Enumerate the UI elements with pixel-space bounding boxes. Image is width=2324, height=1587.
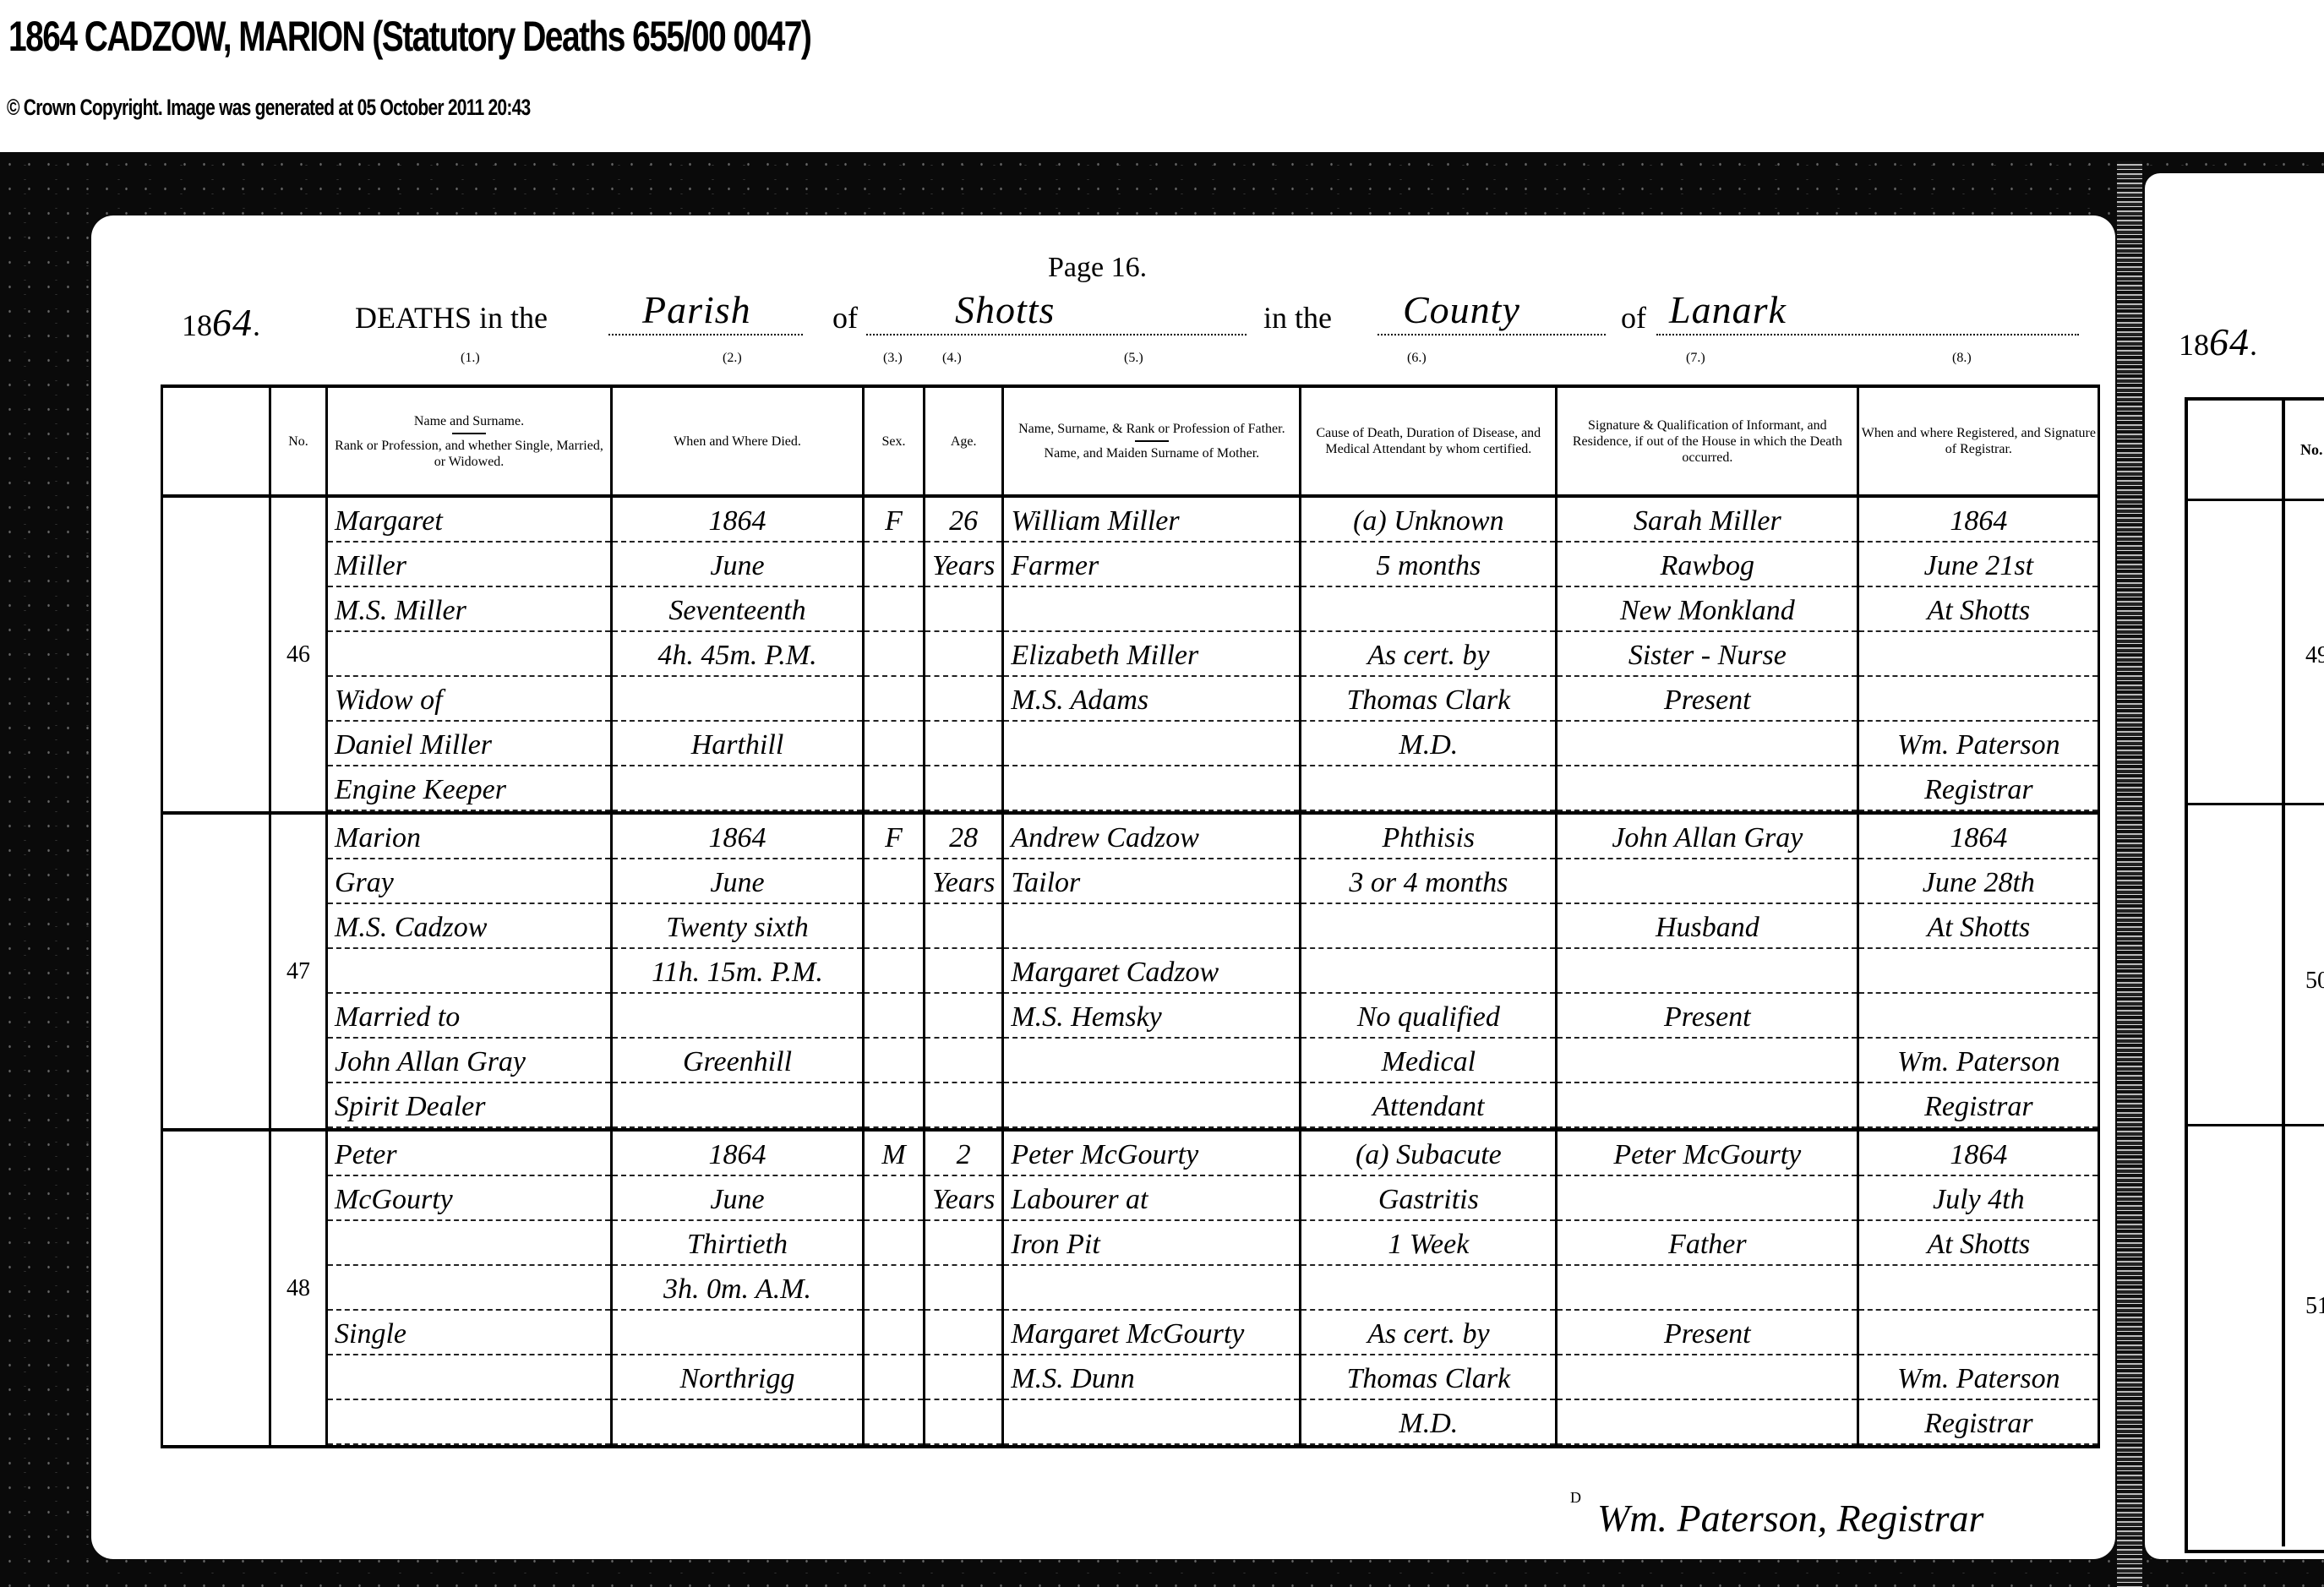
handwritten-line (925, 1221, 1001, 1266)
handwritten-line (925, 677, 1001, 722)
county-name-underline (1656, 334, 2079, 335)
handwritten-line: 1864 (613, 498, 862, 543)
age-cell-lines: 28Years (925, 815, 1001, 1128)
adjacent-row-rule (2185, 1124, 2324, 1126)
death-register-table: No. Name and Surname. Rank or Profession… (161, 384, 2100, 1448)
handwritten-line: New Monkland (1558, 587, 1857, 632)
handwritten-line (328, 632, 610, 677)
register-year: 1864. (182, 300, 260, 345)
header-sex-label: Sex. (882, 434, 906, 449)
handwritten-line (1558, 1355, 1857, 1400)
handwritten-line: Single (328, 1311, 610, 1355)
header-age-label: Age. (951, 434, 977, 449)
header-divider (1135, 440, 1169, 442)
handwritten-line: July 4th (1859, 1176, 2098, 1221)
handwritten-line (1301, 766, 1555, 811)
adjacent-entry-number: 51 (2305, 1293, 2324, 1320)
handwritten-line: M.S. Cadzow (328, 904, 610, 949)
handwritten-line: At Shotts (1859, 587, 2098, 632)
handwritten-line: M.D. (1301, 1400, 1555, 1445)
handwritten-line: Harthill (613, 722, 862, 766)
informant-cell: Sarah MillerRawbogNew MonklandSister - N… (1557, 496, 1858, 813)
handwritten-line: As cert. by (1301, 1311, 1555, 1355)
handwritten-line: M.D. (1301, 722, 1555, 766)
table-row: 47MarionGrayM.S. CadzowMarried toJohn Al… (162, 813, 2099, 1130)
header-cause: Cause of Death, Duration of Disease, and… (1301, 386, 1557, 496)
handwritten-line (1301, 949, 1555, 994)
handwritten-line: (a) Unknown (1301, 498, 1555, 543)
sex-cell: F (864, 496, 925, 813)
handwritten-line (613, 1083, 862, 1128)
handwritten-line: Present (1558, 677, 1857, 722)
cause-cell-lines: (a) SubacuteGastritis1 WeekAs cert. byTh… (1301, 1132, 1555, 1445)
handwritten-line (1004, 722, 1299, 766)
handwritten-line: Marion (328, 815, 610, 859)
name-cell: MarionGrayM.S. CadzowMarried toJohn Alla… (327, 813, 612, 1130)
column-number-8: (8.) (1952, 351, 1972, 366)
margin-header (162, 386, 270, 496)
handwritten-line: Labourer at (1004, 1176, 1299, 1221)
handwritten-line (1004, 587, 1299, 632)
handwritten-line (1558, 1266, 1857, 1311)
district-name: Shotts (955, 287, 1055, 332)
handwritten-line: Phthisis (1301, 815, 1555, 859)
handwritten-line (1558, 949, 1857, 994)
handwritten-line: Margaret McGourty (1004, 1311, 1299, 1355)
record-title: 1864 CADZOW, MARION (Statutory Deaths 65… (8, 12, 810, 61)
handwritten-line (925, 587, 1001, 632)
district-name-underline (866, 334, 1247, 335)
handwritten-line: Years (925, 1176, 1001, 1221)
handwritten-line: M.S. Dunn (1004, 1355, 1299, 1400)
entry-number: 47 (270, 813, 327, 1130)
age-cell: 2Years (925, 1130, 1003, 1447)
copyright-notice: © Crown Copyright. Image was generated a… (7, 95, 530, 121)
when-where-cell-lines: 1864JuneThirtieth3h. 0m. A.M.Northrigg (613, 1132, 862, 1445)
handwritten-line (925, 1355, 1001, 1400)
handwritten-line: John Allan Gray (1558, 815, 1857, 859)
name-cell-lines: MargaretMillerM.S. MillerWidow ofDaniel … (328, 498, 610, 811)
handwritten-line: Sister - Nurse (1558, 632, 1857, 677)
district-type: Parish (642, 287, 751, 332)
handwritten-line: Peter McGourty (1558, 1132, 1857, 1176)
when-where-cell-lines: 1864JuneTwenty sixth11h. 15m. P.M.Greenh… (613, 815, 862, 1128)
handwritten-line (865, 1311, 923, 1355)
when-where-cell: 1864JuneSeventeenth4h. 45m. P.M.Harthill (612, 496, 864, 813)
handwritten-line (865, 1266, 923, 1311)
handwritten-line: 1864 (613, 815, 862, 859)
handwritten-line: At Shotts (1859, 904, 2098, 949)
handwritten-line: Attendant (1301, 1083, 1555, 1128)
parents-cell: William MillerFarmerElizabeth MillerM.S.… (1003, 496, 1301, 813)
of-label-2: of (1621, 300, 1646, 335)
header-sex: Sex. (864, 386, 925, 496)
adjacent-year-prefix: 18 (2179, 328, 2209, 362)
handwritten-line: Spirit Dealer (328, 1083, 610, 1128)
handwritten-line (613, 677, 862, 722)
deaths-in-the-label: DEATHS in the (355, 300, 548, 335)
handwritten-line: Registrar (1859, 766, 2098, 811)
registrar-signature: Wm. Paterson, Registrar (1597, 1496, 1983, 1541)
handwritten-line: Margaret Cadzow (1004, 949, 1299, 994)
cause-cell: (a) Unknown5 monthsAs cert. byThomas Cla… (1301, 496, 1557, 813)
district-type-underline (608, 334, 803, 335)
handwritten-line: John Allan Gray (328, 1039, 610, 1083)
handwritten-line: Husband (1558, 904, 1857, 949)
age-cell: 26Years (925, 496, 1003, 813)
handwritten-line: 1 Week (1301, 1221, 1555, 1266)
registered-cell: 1864July 4thAt ShottsWm. PatersonRegistr… (1858, 1130, 2099, 1447)
column-number-3: (3.) (883, 351, 903, 366)
handwritten-line: Twenty sixth (613, 904, 862, 949)
entry-number: 46 (270, 496, 327, 813)
page-number: Page 16. (1048, 252, 1147, 284)
handwritten-line: Andrew Cadzow (1004, 815, 1299, 859)
adjacent-row-rule (2185, 803, 2324, 805)
adjacent-year-handwritten: 64 (2209, 320, 2250, 363)
handwritten-line (865, 904, 923, 949)
handwritten-line: No qualified (1301, 994, 1555, 1039)
handwritten-line: Present (1558, 1311, 1857, 1355)
handwritten-line (865, 766, 923, 811)
cause-cell: (a) SubacuteGastritis1 WeekAs cert. byTh… (1301, 1130, 1557, 1447)
registered-cell-lines: 1864June 21stAt ShottsWm. PatersonRegist… (1859, 498, 2098, 811)
handwritten-line (1859, 1311, 2098, 1355)
handwritten-line: Thomas Clark (1301, 677, 1555, 722)
cause-cell-lines: Phthisis3 or 4 monthsNo qualifiedMedical… (1301, 815, 1555, 1128)
handwritten-line: Greenhill (613, 1039, 862, 1083)
footer-mark: D (1570, 1489, 1581, 1507)
handwritten-line (1004, 766, 1299, 811)
handwritten-line: Engine Keeper (328, 766, 610, 811)
cause-cell: Phthisis3 or 4 monthsNo qualifiedMedical… (1301, 813, 1557, 1130)
handwritten-line (613, 1311, 862, 1355)
handwritten-line (925, 1266, 1001, 1311)
header-name-top: Name and Surname. (414, 414, 524, 428)
handwritten-line: M.S. Hemsky (1004, 994, 1299, 1039)
handwritten-line: As cert. by (1301, 632, 1555, 677)
handwritten-line (925, 632, 1001, 677)
handwritten-line (865, 1083, 923, 1128)
header-registered: When and where Registered, and Signature… (1858, 386, 2099, 496)
handwritten-line: 1864 (613, 1132, 862, 1176)
header-registered-label: When and where Registered, and Signature… (1862, 426, 2096, 456)
county-type-underline (1377, 334, 1606, 335)
handwritten-line: Gastritis (1301, 1176, 1555, 1221)
parents-cell-lines: William MillerFarmerElizabeth MillerM.S.… (1004, 498, 1299, 811)
handwritten-line: June (613, 859, 862, 904)
entry-number: 48 (270, 1130, 327, 1447)
adjacent-entry-number: 49 (2305, 642, 2324, 669)
handwritten-line: M (865, 1132, 923, 1176)
informant-cell: Peter McGourtyFatherPresent (1557, 1130, 1858, 1447)
handwritten-line: Widow of (328, 677, 610, 722)
handwritten-line (865, 1400, 923, 1445)
handwritten-line (1558, 1400, 1857, 1445)
handwritten-line (865, 677, 923, 722)
handwritten-line: Sarah Miller (1558, 498, 1857, 543)
handwritten-line: Thirtieth (613, 1221, 862, 1266)
parents-cell-lines: Andrew CadzowTailorMargaret CadzowM.S. H… (1004, 815, 1299, 1128)
informant-cell-lines: Sarah MillerRawbogNew MonklandSister - N… (1558, 498, 1857, 811)
handwritten-line (865, 543, 923, 587)
sex-cell-lines: F (865, 498, 923, 811)
handwritten-line: Miller (328, 543, 610, 587)
handwritten-line: June (613, 1176, 862, 1221)
header-when-where-label: When and Where Died. (674, 434, 801, 449)
handwritten-line (1301, 1266, 1555, 1311)
handwritten-line: Seventeenth (613, 587, 862, 632)
handwritten-line (925, 904, 1001, 949)
margin-cell (162, 1130, 270, 1447)
handwritten-line (925, 766, 1001, 811)
handwritten-line: June 21st (1859, 543, 2098, 587)
adjacent-page-table (2185, 397, 2324, 1553)
handwritten-line (1558, 766, 1857, 811)
handwritten-line (613, 766, 862, 811)
handwritten-line: 1864 (1859, 498, 2098, 543)
year-prefix: 18 (182, 308, 212, 342)
header-age: Age. (925, 386, 1003, 496)
handwritten-line (1859, 994, 2098, 1039)
column-number-2: (2.) (723, 351, 742, 366)
handwritten-line (925, 1083, 1001, 1128)
handwritten-line (1558, 722, 1857, 766)
parents-cell: Peter McGourtyLabourer atIron PitMargare… (1003, 1130, 1301, 1447)
handwritten-line: Wm. Paterson (1859, 1039, 2098, 1083)
handwritten-line: 1864 (1859, 815, 2098, 859)
county-type: County (1403, 287, 1520, 332)
adjacent-header-rule (2185, 499, 2324, 501)
handwritten-line (865, 1039, 923, 1083)
when-where-cell: 1864JuneTwenty sixth11h. 15m. P.M.Greenh… (612, 813, 864, 1130)
handwritten-line (328, 1221, 610, 1266)
column-number-4: (4.) (942, 351, 962, 366)
handwritten-line: Tailor (1004, 859, 1299, 904)
handwritten-line: Peter McGourty (1004, 1132, 1299, 1176)
handwritten-line (1004, 904, 1299, 949)
adjacent-no-header: No. (2300, 441, 2323, 459)
handwritten-line: (a) Subacute (1301, 1132, 1555, 1176)
handwritten-line (328, 949, 610, 994)
handwritten-line: F (865, 815, 923, 859)
handwritten-line: Wm. Paterson (1859, 722, 2098, 766)
year-handwritten: 64 (212, 301, 253, 344)
column-number-7: (7.) (1686, 351, 1705, 366)
handwritten-line (328, 1400, 610, 1445)
handwritten-line: Thomas Clark (1301, 1355, 1555, 1400)
margin-cell (162, 813, 270, 1130)
header-cause-label: Cause of Death, Duration of Disease, and… (1316, 426, 1541, 456)
when-where-cell: 1864JuneThirtieth3h. 0m. A.M.Northrigg (612, 1130, 864, 1447)
handwritten-line: 5 months (1301, 543, 1555, 587)
handwritten-line: M.S. Adams (1004, 677, 1299, 722)
handwritten-line: 3h. 0m. A.M. (613, 1266, 862, 1311)
handwritten-line (1558, 1176, 1857, 1221)
parents-cell: Andrew CadzowTailorMargaret CadzowM.S. H… (1003, 813, 1301, 1130)
handwritten-line (925, 994, 1001, 1039)
handwritten-line (328, 1355, 610, 1400)
handwritten-line (1004, 1039, 1299, 1083)
handwritten-line: Gray (328, 859, 610, 904)
age-cell-lines: 2Years (925, 1132, 1001, 1445)
registered-cell-lines: 1864June 28thAt ShottsWm. PatersonRegist… (1859, 815, 2098, 1128)
handwritten-line: Registrar (1859, 1083, 2098, 1128)
handwritten-line (1301, 904, 1555, 949)
handwritten-line (925, 722, 1001, 766)
in-the-label: in the (1263, 300, 1332, 335)
handwritten-line: McGourty (328, 1176, 610, 1221)
handwritten-line (865, 587, 923, 632)
handwritten-line: Married to (328, 994, 610, 1039)
handwritten-line: Father (1558, 1221, 1857, 1266)
handwritten-line: William Miller (1004, 498, 1299, 543)
handwritten-line (1859, 1266, 2098, 1311)
registered-cell: 1864June 28thAt ShottsWm. PatersonRegist… (1858, 813, 2099, 1130)
sex-cell-lines: F (865, 815, 923, 1128)
margin-cell (162, 496, 270, 813)
informant-cell-lines: John Allan GrayHusbandPresent (1558, 815, 1857, 1128)
handwritten-line: 3 or 4 months (1301, 859, 1555, 904)
handwritten-line (1859, 949, 2098, 994)
age-cell: 28Years (925, 813, 1003, 1130)
header-informant-label: Signature & Qualification of Informant, … (1573, 418, 1842, 465)
handwritten-line (865, 994, 923, 1039)
handwritten-line (1004, 1400, 1299, 1445)
registered-cell: 1864June 21stAt ShottsWm. PatersonRegist… (1858, 496, 2099, 813)
column-number-1: (1.) (461, 351, 480, 366)
header-row: No. Name and Surname. Rank or Profession… (162, 386, 2099, 496)
handwritten-line: 26 (925, 498, 1001, 543)
header-divider (452, 433, 486, 434)
cause-cell-lines: (a) Unknown5 monthsAs cert. byThomas Cla… (1301, 498, 1555, 811)
handwritten-line (1859, 632, 2098, 677)
name-cell-lines: MarionGrayM.S. CadzowMarried toJohn Alla… (328, 815, 610, 1128)
handwritten-line: Registrar (1859, 1400, 2098, 1445)
handwritten-line: Peter (328, 1132, 610, 1176)
county-name: Lanark (1669, 287, 1787, 332)
handwritten-line: Farmer (1004, 543, 1299, 587)
handwritten-line (1301, 587, 1555, 632)
header-name-bottom: Rank or Profession, and whether Single, … (335, 439, 603, 469)
handwritten-line (925, 1039, 1001, 1083)
header-parents-top: Name, Surname, & Rank or Profession of F… (1018, 422, 1285, 436)
name-cell: MargaretMillerM.S. MillerWidow ofDaniel … (327, 496, 612, 813)
table-row: 46MargaretMillerM.S. MillerWidow ofDanie… (162, 496, 2099, 813)
handwritten-line: Wm. Paterson (1859, 1355, 2098, 1400)
handwritten-line (1558, 1083, 1857, 1128)
header-no: No. (270, 386, 327, 496)
header-parents: Name, Surname, & Rank or Profession of F… (1003, 386, 1301, 496)
informant-cell-lines: Peter McGourtyFatherPresent (1558, 1132, 1857, 1445)
handwritten-line: 2 (925, 1132, 1001, 1176)
handwritten-line (865, 632, 923, 677)
handwritten-line: 4h. 45m. P.M. (613, 632, 862, 677)
handwritten-line (1004, 1266, 1299, 1311)
handwritten-line (613, 994, 862, 1039)
column-number-6: (6.) (1407, 351, 1427, 366)
name-cell: PeterMcGourtySingle (327, 1130, 612, 1447)
book-spine (2117, 161, 2142, 1587)
handwritten-line: M.S. Miller (328, 587, 610, 632)
handwritten-line (1004, 1083, 1299, 1128)
parents-cell-lines: Peter McGourtyLabourer atIron PitMargare… (1004, 1132, 1299, 1445)
handwritten-line: 1864 (1859, 1132, 2098, 1176)
handwritten-line: Margaret (328, 498, 610, 543)
handwritten-line (613, 1400, 862, 1445)
handwritten-line (925, 1311, 1001, 1355)
handwritten-line (865, 1221, 923, 1266)
header-no-label: No. (288, 434, 308, 449)
handwritten-line (865, 859, 923, 904)
handwritten-line (925, 1400, 1001, 1445)
age-cell-lines: 26Years (925, 498, 1001, 811)
header-informant: Signature & Qualification of Informant, … (1557, 386, 1858, 496)
handwritten-line: 28 (925, 815, 1001, 859)
when-where-cell-lines: 1864JuneSeventeenth4h. 45m. P.M.Harthill (613, 498, 862, 811)
of-label-1: of (832, 300, 858, 335)
handwritten-line: June (613, 543, 862, 587)
handwritten-line: Iron Pit (1004, 1221, 1299, 1266)
registered-cell-lines: 1864July 4thAt ShottsWm. PatersonRegistr… (1859, 1132, 2098, 1445)
handwritten-line (865, 1355, 923, 1400)
name-cell-lines: PeterMcGourtySingle (328, 1132, 610, 1445)
handwritten-line: Years (925, 859, 1001, 904)
sex-cell: F (864, 813, 925, 1130)
informant-cell: John Allan GrayHusbandPresent (1557, 813, 1858, 1130)
handwritten-line (925, 949, 1001, 994)
handwritten-line (865, 722, 923, 766)
handwritten-line (328, 1266, 610, 1311)
handwritten-line: At Shotts (1859, 1221, 2098, 1266)
handwritten-line: Northrigg (613, 1355, 862, 1400)
handwritten-line: June 28th (1859, 859, 2098, 904)
sex-cell-lines: M (865, 1132, 923, 1445)
header-parents-bottom: Name, and Maiden Surname of Mother. (1045, 446, 1260, 461)
adjacent-entry-number: 50 (2305, 968, 2324, 995)
table-row: 48PeterMcGourtySingle1864JuneThirtieth3h… (162, 1130, 2099, 1447)
handwritten-line: 11h. 15m. P.M. (613, 949, 862, 994)
handwritten-line: F (865, 498, 923, 543)
handwritten-line (1558, 859, 1857, 904)
handwritten-line: Daniel Miller (328, 722, 610, 766)
column-number-5: (5.) (1124, 351, 1143, 366)
handwritten-line: Rawbog (1558, 543, 1857, 587)
adjacent-column-rule (2282, 397, 2285, 1546)
header-name: Name and Surname. Rank or Profession, an… (327, 386, 612, 496)
entries-body: 46MargaretMillerM.S. MillerWidow ofDanie… (162, 496, 2099, 1447)
handwritten-line: Present (1558, 994, 1857, 1039)
header-when-where: When and Where Died. (612, 386, 864, 496)
handwritten-line (1859, 677, 2098, 722)
adjacent-page-year: 1864. (2179, 319, 2257, 364)
handwritten-line (865, 949, 923, 994)
handwritten-line: Years (925, 543, 1001, 587)
sex-cell: M (864, 1130, 925, 1447)
handwritten-line (1558, 1039, 1857, 1083)
handwritten-line: Medical (1301, 1039, 1555, 1083)
handwritten-line (865, 1176, 923, 1221)
handwritten-line: Elizabeth Miller (1004, 632, 1299, 677)
